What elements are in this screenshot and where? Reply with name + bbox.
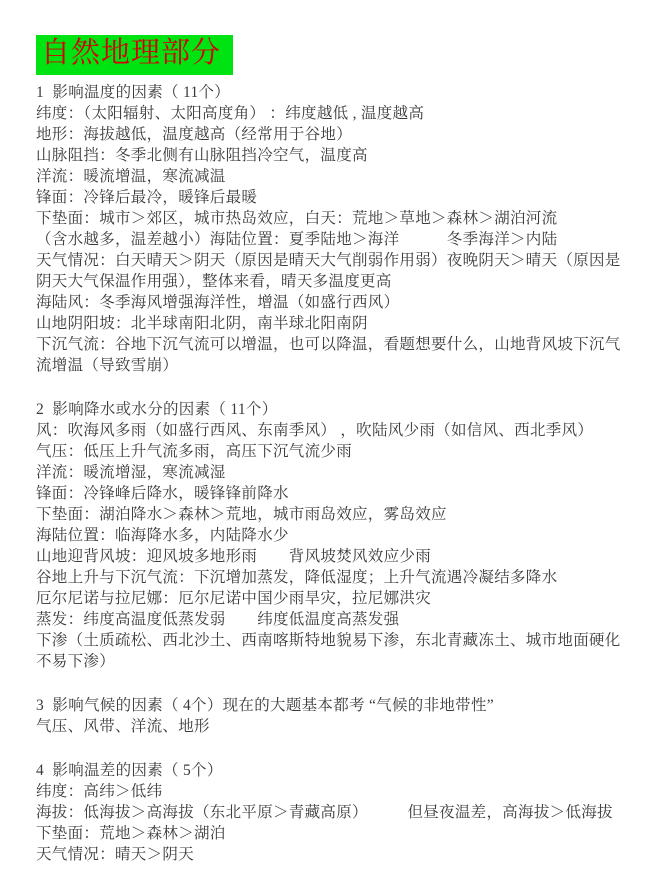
text-line: 海陆位置：临海降水多，内陆降水少 [36,525,644,546]
text-line: 纬度：高纬＞低纬 [36,781,644,802]
text-line: 蒸发：纬度高温度低蒸发弱 纬度低温度高蒸发强 [36,609,644,630]
text-line: 纬度：（太阳辐射、太阳高度角） ：纬度越低 , 温度越高 [36,103,644,124]
text-line: 山脉阻挡：冬季北侧有山脉阻挡冷空气，温度高 [36,145,644,166]
text-line: 山地阴阳坡：北半球南阳北阴，南半球北阳南阴 [36,313,644,334]
section-2: 2 影响降水或水分的因素（ 11个）风：吹海风多雨（如盛行西风、东南季风） ，吹… [36,399,644,672]
section-4: 4 影响温差的因素（ 5个）纬度：高纬＞低纬海拔：低海拔＞高海拔（东北平原＞青藏… [36,760,644,865]
section-heading: 3 影响气候的因素（ 4个）现在的大题基本都考 “气候的非地带性” [36,695,644,716]
sections-container: 1 影响温度的因素（ 11个）纬度：（太阳辐射、太阳高度角） ：纬度越低 , 温… [36,82,644,865]
text-line: 洋流：暖流增湿，寒流减湿 [36,462,644,483]
section-heading: 4 影响温差的因素（ 5个） [36,760,644,781]
text-line: 阴天大气保温作用强），整体来看，晴天多温度更高 [36,271,644,292]
text-line: 风：吹海风多雨（如盛行西风、东南季风） ，吹陆风少雨（如信风、西北季风） [36,420,644,441]
text-line: 洋流：暖流增温，寒流减温 [36,166,644,187]
text-line: 流增温（导致雪崩） [36,355,644,376]
text-line: 海陆风：冬季海风增强海洋性，增温（如盛行西风） [36,292,644,313]
section-1: 1 影响温度的因素（ 11个）纬度：（太阳辐射、太阳高度角） ：纬度越低 , 温… [36,82,644,376]
text-line: 下沉气流：谷地下沉气流可以增温，也可以降温，看题想要什么，山地背风坡下沉气 [36,334,644,355]
document-page: 自然地理部分 1 影响温度的因素（ 11个）纬度：（太阳辐射、太阳高度角） ：纬… [0,0,672,884]
text-line: 不易下渗） [36,651,644,672]
text-line: 锋面：冷锋后最冷，暖锋后最暖 [36,187,644,208]
text-line: 天气情况：晴天＞阴天 [36,844,644,865]
text-line: 下垫面：城市＞郊区，城市热岛效应，白天：荒地＞草地＞森林＞湖泊河流 [36,208,644,229]
text-line: 谷地上升与下沉气流：下沉增加蒸发，降低湿度；上升气流遇冷凝结多降水 [36,567,644,588]
text-line: 地形：海拔越低，温度越高（经常用于谷地） [36,124,644,145]
text-line: 气压：低压上升气流多雨，高压下沉气流少雨 [36,441,644,462]
text-line: 下垫面：荒地＞森林＞湖泊 [36,823,644,844]
section-3: 3 影响气候的因素（ 4个）现在的大题基本都考 “气候的非地带性”气压、风带、洋… [36,695,644,737]
text-line: 天气情况：白天晴天＞阴天（原因是晴天大气削弱作用弱）夜晚阴天＞晴天（原因是 [36,250,644,271]
text-line: 厄尔尼诺与拉尼娜：厄尔尼诺中国少雨旱灾，拉尼娜洪灾 [36,588,644,609]
text-line: 锋面：冷锋峰后降水，暖锋锋前降水 [36,483,644,504]
text-line: 气压、风带、洋流、地形 [36,716,644,737]
section-heading: 1 影响温度的因素（ 11个） [36,82,644,103]
section-heading: 2 影响降水或水分的因素（ 11个） [36,399,644,420]
text-line: （含水越多，温差越小）海陆位置：夏季陆地＞海洋 冬季海洋＞内陆 [36,229,644,250]
text-line: 下垫面：湖泊降水＞森林＞荒地，城市雨岛效应，雾岛效应 [36,504,644,525]
page-title: 自然地理部分 [36,35,233,75]
text-line: 下渗（土质疏松、西北沙土、西南喀斯特地貌易下渗，东北青藏冻土、城市地面硬化 [36,630,644,651]
text-line: 山地迎背风坡：迎风坡多地形雨 背风坡焚风效应少雨 [36,546,644,567]
text-line: 海拔：低海拔＞高海拔（东北平原＞青藏高原） 但昼夜温差，高海拔＞低海拔 [36,802,644,823]
